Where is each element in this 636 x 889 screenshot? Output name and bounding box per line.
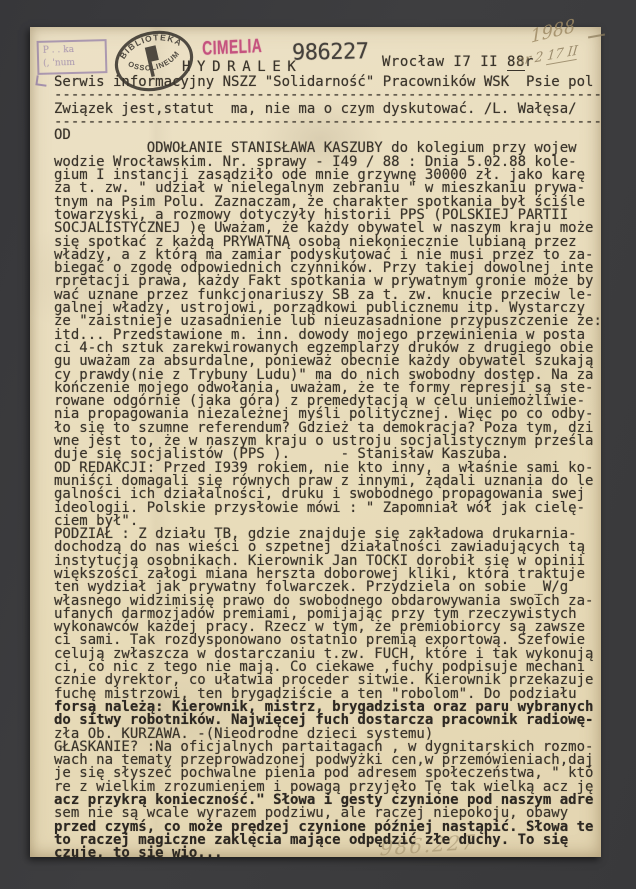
accession-number-stamp: 986227 (292, 39, 369, 65)
text-line: ----------------------------------------… (54, 116, 602, 129)
box-stamp-line2: (, 'num (43, 56, 101, 71)
dateline-city-date: Wrocław I7 II (382, 54, 507, 70)
stamp-arrow-mark (35, 75, 47, 86)
screenshot-root: { "colors":{ "backdrop":"#3b3b3d", "pape… (0, 0, 636, 889)
text-line: czuje, to się wio... (54, 847, 602, 860)
handwritten-issue-number: nr 2 (516, 49, 548, 70)
handwritten-date-underlined: 17 II (546, 43, 578, 65)
handwritten-issue-note: nr 2 17 II (516, 43, 579, 69)
document-body: Serwis informacyjny NSZZ "Solidarność" P… (54, 76, 602, 861)
page-title: H Y D R A L E K (182, 59, 295, 75)
handwritten-year: 1988 (530, 15, 575, 48)
pencil-dash-mark (588, 34, 605, 39)
cimelia-stamp: CIMELIA (202, 35, 262, 60)
dateline: Wrocław I7 II 88r (382, 54, 534, 70)
library-box-stamp: P . . ka (, 'num (37, 39, 108, 75)
scanned-document: P . . ka (, 'num BIBLIOTEKA OSSOLINEUM C… (30, 27, 601, 857)
